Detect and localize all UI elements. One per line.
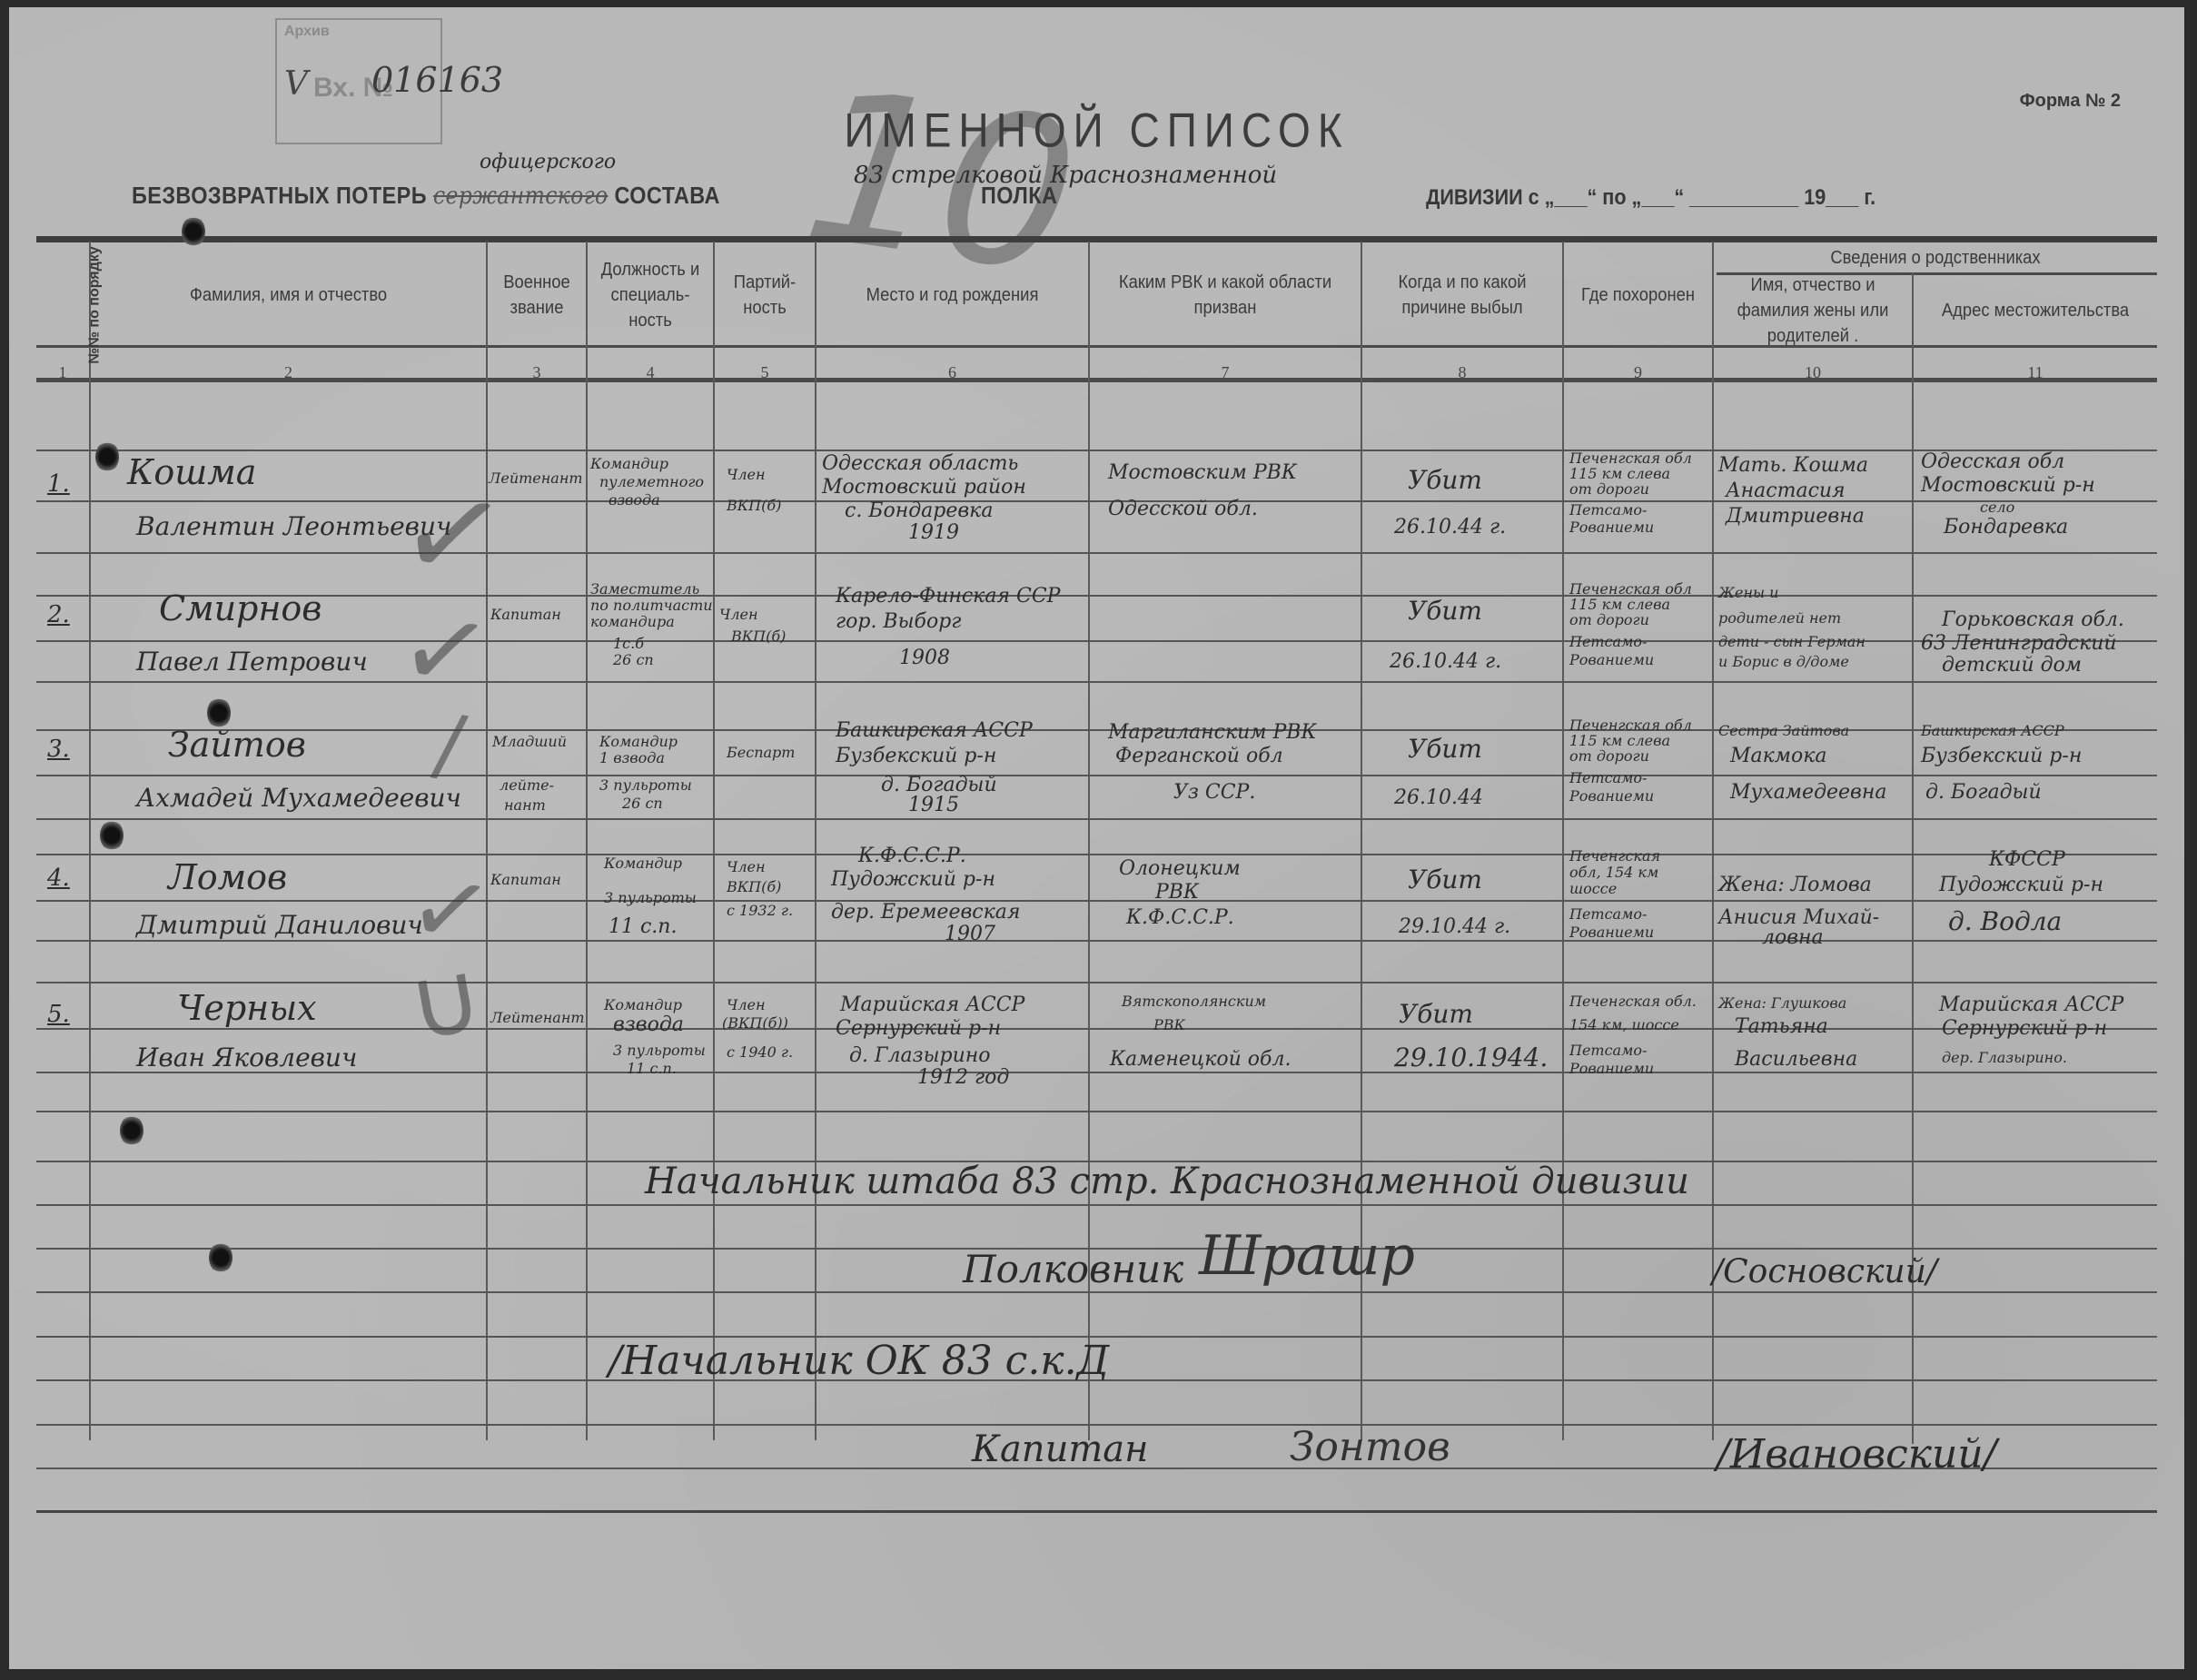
rvk-line: Маргиланским РВК <box>1108 721 1317 745</box>
status-date: 26.10.44 г. <box>1390 650 1501 674</box>
birth-line: Одесская область <box>822 452 1018 476</box>
given-names: Ахмадей Мухамедеевич <box>136 783 461 813</box>
rank: Капитан <box>490 872 561 888</box>
address-line: д. Водла <box>1948 906 2062 936</box>
row-number: 2. <box>47 601 70 628</box>
row-number: 4. <box>47 865 70 892</box>
header-col11: Адрес местожительства <box>1924 276 2148 345</box>
header-col6: Место и год рождения <box>827 245 1077 345</box>
status-date: 29.10.44 г. <box>1399 915 1510 939</box>
burial-line: Рованиеми <box>1569 519 1654 536</box>
punch-hole <box>100 820 124 851</box>
position-line: 26 сп <box>613 652 654 668</box>
surname: Зайтов <box>168 725 306 765</box>
position-line: 3 пульроты <box>599 777 692 794</box>
relative-line: ловна <box>1762 926 1824 950</box>
colnum-4: 4 <box>588 363 713 382</box>
rvk-line: Одесской обл. <box>1108 498 1258 521</box>
surname: Черных <box>177 988 317 1028</box>
rvk-line: Олонецким <box>1119 857 1241 881</box>
address-line: 63 Ленинградский <box>1921 632 2117 656</box>
burial-line: от дороги <box>1569 612 1649 628</box>
position-line: Заместитель <box>590 581 699 598</box>
ok-chief-signature: Зонтов <box>1290 1424 1450 1470</box>
relative-line: Татьяна <box>1735 1015 1828 1039</box>
burial-line: Петсамо- <box>1569 770 1647 786</box>
status-date: 29.10.1944. <box>1394 1043 1548 1072</box>
party-line: Член <box>727 859 766 875</box>
rvk-line: Ферганской обл <box>1115 745 1283 768</box>
rvk-line: Мостовским РВК <box>1108 461 1297 485</box>
position-line: Командир <box>604 855 682 872</box>
colnum-2: 2 <box>91 363 486 382</box>
birth-line: с. Бондаревка <box>845 499 993 523</box>
address-line: Марийская АССР <box>1939 993 2123 1017</box>
given-names: Дмитрий Данилович <box>136 910 423 940</box>
relative-line: Васильевна <box>1735 1048 1857 1072</box>
relative-line: родителей нет <box>1718 610 1841 627</box>
rvk-line: Уз ССР. <box>1173 781 1255 805</box>
rank: Капитан <box>490 607 561 623</box>
given-names: Павел Петрович <box>136 647 368 677</box>
relative-line: Дмитриевна <box>1726 505 1865 529</box>
surname: Ломов <box>168 857 287 897</box>
burial-line: Петсамо- <box>1569 634 1647 650</box>
status-date: 26.10.44 <box>1394 786 1483 810</box>
birth-line: Бузбекский р-н <box>836 745 996 768</box>
colnum-3: 3 <box>488 363 586 382</box>
burial-line: 154 км, шоссе <box>1569 1017 1679 1033</box>
status-cause: Убит <box>1408 734 1482 764</box>
party-line: Член <box>719 607 758 623</box>
punch-hole <box>120 1115 143 1146</box>
surname: Смирнов <box>159 588 322 628</box>
header-col9: Где похоронен <box>1570 245 1707 345</box>
birth-line: К.Ф.С.С.Р. <box>858 845 966 868</box>
rvk-line: К.Ф.С.С.Р. <box>1126 906 1234 930</box>
position-line: 1 взвода <box>599 750 665 766</box>
birth-line: 1907 <box>945 923 995 946</box>
burial-line: обл, 154 км <box>1569 865 1658 881</box>
burial-line: Рованиеми <box>1569 652 1654 668</box>
birth-line: 1915 <box>908 794 959 817</box>
burial-line: Рованиеми <box>1569 924 1654 941</box>
address-line: Бондаревка <box>1944 516 2068 539</box>
position-line: по политчасти <box>590 598 713 614</box>
rvk-line: РВК <box>1153 1017 1185 1033</box>
colnum-10: 10 <box>1714 363 1912 382</box>
burial-line: Петсамо- <box>1569 906 1647 923</box>
party-line: (ВКП(б)) <box>722 1015 788 1032</box>
birth-line: Пудожский р-н <box>831 868 995 892</box>
position-line: 3 пульроты <box>613 1043 706 1059</box>
position-line: Командир <box>590 456 668 472</box>
chief-of-staff-rank: Полковник <box>963 1247 1183 1291</box>
party-line: ВКП(б) <box>731 628 786 645</box>
position-line: командира <box>590 614 675 630</box>
birth-line: Мостовский район <box>822 476 1026 499</box>
relative-line: Анастасия <box>1726 479 1846 503</box>
burial-line: Печенгская обл. <box>1569 993 1697 1010</box>
address-line: д. Богадый <box>1925 781 2042 805</box>
header-col1: №№ по порядку <box>45 280 100 343</box>
birth-line: 1912 год <box>917 1066 1009 1090</box>
header-relatives-group: Сведения о родственниках <box>1732 243 2140 272</box>
header-col7: Каким РВК и какой области призван <box>1101 245 1350 345</box>
status-cause: Убит <box>1408 465 1482 495</box>
ok-chief-rank: Капитан <box>972 1428 1148 1470</box>
colnum-8: 8 <box>1362 363 1562 382</box>
chief-of-staff-title: Начальник штаба 83 стр. Краснознаменной … <box>645 1161 1689 1202</box>
birth-line: Сернурский р-н <box>836 1017 1001 1041</box>
rank: Младший <box>492 734 567 750</box>
position-line: 11 с.п. <box>609 915 677 939</box>
ok-chief-name: /Ивановский/ <box>1717 1431 1997 1477</box>
relative-line: Жена: Глушкова <box>1718 995 1846 1012</box>
position-line: Командир <box>604 997 682 1013</box>
row-number: 3. <box>47 736 70 763</box>
header-col8: Когда и по какой причине выбыл <box>1371 245 1554 345</box>
given-names: Иван Яковлевич <box>136 1043 357 1072</box>
punch-hole <box>95 441 119 472</box>
chief-of-staff-name: /Сосновский/ <box>1712 1253 1937 1290</box>
position-line: взвода <box>613 1013 684 1037</box>
rvk-line: Вятскополянским <box>1122 993 1266 1010</box>
address-line: дер. Глазырино. <box>1942 1050 2067 1066</box>
address-line: КФССР <box>1989 848 2065 872</box>
address-line: Бузбекский р-н <box>1921 745 2082 768</box>
colnum-5: 5 <box>715 363 815 382</box>
address-line: Мостовский р-н <box>1921 474 2095 498</box>
row-number: 5. <box>47 1001 70 1028</box>
birth-line: 1908 <box>899 647 950 670</box>
birth-line: Карело-Финская ССР <box>836 585 1060 608</box>
colnum-6: 6 <box>816 363 1088 382</box>
address-line: село <box>1980 499 2014 516</box>
position-line: 3 пульроты <box>604 890 697 906</box>
address-line: Пудожский р-н <box>1939 874 2103 897</box>
burial-line: шоссе <box>1569 881 1617 897</box>
birth-line: дер. Еремеевская <box>831 901 1020 924</box>
address-line: Сернурский р-н <box>1942 1017 2107 1041</box>
status-cause: Убит <box>1399 999 1473 1029</box>
header-col4: Должность и специаль-ность <box>593 245 708 345</box>
position-line: пулеметного <box>599 474 704 490</box>
birth-line: Башкирская АССР <box>836 719 1033 743</box>
birth-line: д. Глазырино <box>849 1044 991 1068</box>
ok-chief-title: /Начальник ОК 83 с.к.Д <box>609 1338 1109 1384</box>
party-line: ВКП(б) <box>727 498 781 514</box>
position-line: 1с.б <box>613 636 644 652</box>
address-line: Одесская обл <box>1921 450 2064 474</box>
rank: лейте- <box>500 777 554 794</box>
punch-hole <box>207 697 231 728</box>
colnum-11: 11 <box>1914 363 2157 382</box>
status-cause: Убит <box>1408 596 1482 626</box>
position-line: взвода <box>609 492 660 509</box>
header-col2: Фамилия, имя и отчество <box>106 245 470 345</box>
burial-line: Печенгская <box>1569 848 1660 865</box>
party-line: Член <box>727 467 766 483</box>
burial-line: от дороги <box>1569 481 1649 498</box>
burial-line: Петсамо- <box>1569 502 1647 519</box>
relative-line: Мать. Кошма <box>1718 454 1868 478</box>
relative-line: Мухамедеевна <box>1730 781 1886 805</box>
relative-line: Жены и <box>1718 585 1778 601</box>
party-line: Член <box>727 997 766 1013</box>
relative-line: Макмока <box>1730 745 1827 768</box>
colnum-9: 9 <box>1564 363 1712 382</box>
header-col3: Военное звание <box>491 245 581 345</box>
position-line: 26 сп <box>622 796 663 812</box>
birth-line: 1919 <box>908 521 959 545</box>
surname: Кошма <box>127 452 256 492</box>
punch-hole <box>182 216 205 247</box>
rank: Лейтенант <box>490 1010 585 1026</box>
party-line: ВКП(б) <box>727 879 781 895</box>
relative-line: дети - сын Герман <box>1718 634 1865 650</box>
relative-line: и Борис в д/доме <box>1718 654 1849 670</box>
rank: нант <box>504 797 546 814</box>
birth-line: Марийская АССР <box>840 993 1024 1017</box>
punch-hole <box>209 1242 233 1273</box>
position-line: Командир <box>599 734 678 750</box>
status-cause: Убит <box>1408 865 1482 894</box>
colnum-7: 7 <box>1090 363 1361 382</box>
header-col5: Партий-ность <box>718 245 810 345</box>
burial-line: Петсамо- <box>1569 1043 1647 1059</box>
birth-line: гор. Выборг <box>836 610 961 634</box>
row-number: 1. <box>47 470 70 498</box>
status-date: 26.10.44 г. <box>1394 516 1506 539</box>
address-line: Башкирская АССР <box>1921 723 2064 739</box>
address-line: Горьковская обл. <box>1942 608 2124 632</box>
burial-line: Рованиеми <box>1569 788 1654 805</box>
relative-line: Сестра Зайтова <box>1718 723 1849 739</box>
relative-line: Жена: Ломова <box>1718 874 1872 897</box>
rvk-line: РВК <box>1155 881 1199 904</box>
header-col10: Имя, отчество и фамилия жены или родител… <box>1722 276 1905 345</box>
document-sheet: Архив V Вх. № 016163 10 Форма № 2 ИМЕННО… <box>9 7 2184 1669</box>
party-line: с 1932 г. <box>727 903 793 919</box>
burial-line: Рованиеми <box>1569 1061 1654 1077</box>
party-line: с 1940 г. <box>727 1044 793 1061</box>
burial-line: от дороги <box>1569 748 1649 765</box>
colnum-1: 1 <box>36 363 89 382</box>
address-line: детский дом <box>1942 654 2082 677</box>
party-line: Беспарт <box>727 745 795 761</box>
position-line: 11 с.п. <box>627 1061 677 1077</box>
chief-of-staff-signature: Шрашр <box>1199 1224 1415 1288</box>
rvk-line: Каменецкой обл. <box>1110 1048 1291 1072</box>
